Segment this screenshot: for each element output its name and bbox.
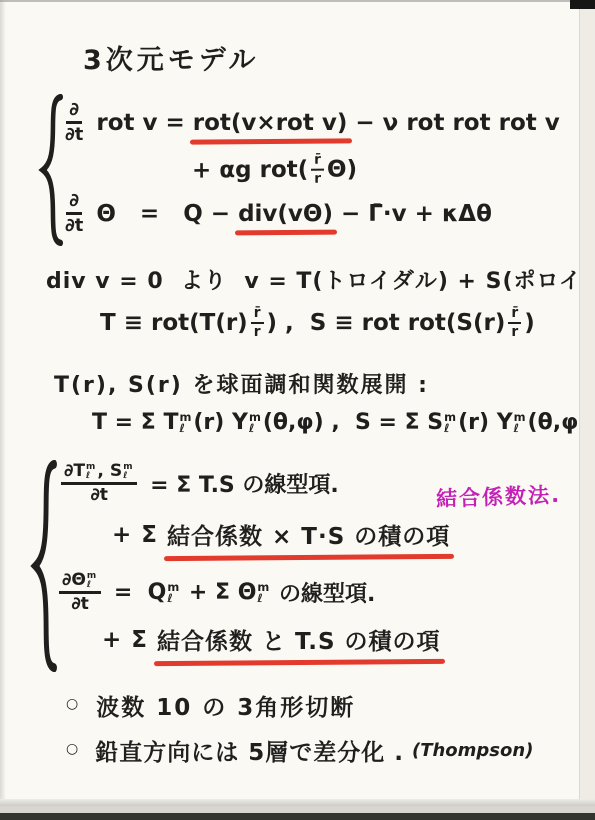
harmonics-intro-text: T(r), S(r) を球面調和関数展開 : bbox=[54, 368, 429, 399]
equation-temperature: ∂ ∂t Θ = Q − div(vΘ) − Γ̄·v + κΔθ bbox=[60, 191, 492, 236]
term-head: + αg rot( bbox=[192, 157, 308, 184]
scan-edge-top bbox=[0, 0, 595, 2]
plus-sigma: + Σ bbox=[112, 522, 167, 548]
frac-denominator: ∂t bbox=[65, 215, 83, 236]
pink-note-text: 結合係数法. bbox=[436, 479, 562, 513]
eq-tail: − ν rot rot rot v bbox=[347, 110, 559, 136]
frac-numerator: ∂T m ℓ , S m ℓ bbox=[61, 462, 137, 485]
eq-lhs: Θ = Q − bbox=[88, 201, 238, 227]
frac-numerator: r̄ bbox=[508, 306, 521, 324]
equation-momentum: ∂ ∂t rot v = rot(v×rot v) − ν rot rot ro… bbox=[60, 100, 560, 145]
sup-sub-lm: m ℓ bbox=[167, 582, 179, 604]
sup-sub-lm: m ℓ bbox=[179, 412, 191, 434]
of-r: (r) bbox=[458, 410, 497, 435]
toroidal-def-close: ) , bbox=[267, 310, 310, 336]
reference-thompson: (Thompson) bbox=[412, 740, 533, 761]
eq-mid: + Σ Θ bbox=[181, 580, 256, 605]
bullet-text: 鉛直方向には 5層で差分化 . bbox=[95, 734, 404, 767]
brace-left-system2 bbox=[30, 460, 58, 672]
equals-sign: = bbox=[106, 580, 147, 605]
ddt-fraction: ∂ ∂t bbox=[65, 191, 83, 236]
of-r: (r) bbox=[193, 410, 232, 435]
frac-numerator: ∂ bbox=[66, 191, 82, 215]
bullet-truncation: ○ 波数 10 の 3角形切断 bbox=[66, 689, 355, 722]
bullet-vertical-layers: ○ 鉛直方向には 5層で差分化 . (Thompson) bbox=[66, 734, 533, 767]
scan-corner-top-right bbox=[570, 0, 595, 9]
subscript-l: ℓ bbox=[257, 593, 262, 604]
spectral-equation-ts-coupling: + Σ 結合係数 × T·S の積の項 bbox=[112, 518, 450, 551]
num-T: ∂T bbox=[64, 462, 85, 481]
sup-sub-lm: m ℓ bbox=[257, 582, 269, 604]
frac-numerator: ∂Θ m ℓ bbox=[59, 571, 101, 594]
sup-sub-lm: m ℓ bbox=[249, 412, 261, 434]
num-theta: ∂Θ bbox=[62, 571, 86, 590]
scanned-note-page: 3次元モデル ∂ ∂t rot v = rot(v×rot v) − ν rot… bbox=[0, 0, 595, 820]
scan-edge-left bbox=[0, 0, 6, 820]
s-expansion-head: S = Σ S bbox=[355, 410, 443, 435]
poloidal-def: S ≡ rot rot(S(r) bbox=[310, 310, 506, 336]
term-tail: Θ) bbox=[327, 157, 357, 183]
r-over-r-fraction: r̄ r bbox=[251, 306, 264, 341]
frac-numerator: r̄ bbox=[311, 153, 324, 172]
subscript-l: ℓ bbox=[87, 581, 91, 589]
y-symbol: Y bbox=[497, 410, 513, 435]
poloidal-def-close: ) bbox=[524, 310, 535, 336]
ddt-fraction: ∂ ∂t bbox=[65, 100, 83, 145]
page-bottom-shadow bbox=[0, 799, 595, 806]
sup-sub-lm: m ℓ bbox=[123, 463, 132, 480]
frac-denominator: ∂t bbox=[71, 594, 89, 614]
bullet-circle-icon: ○ bbox=[66, 696, 80, 712]
bullet-text: 波数 10 の 3角形切断 bbox=[96, 689, 355, 722]
eq-tail: − Γ̄·v + κΔθ bbox=[333, 201, 492, 227]
y-arguments: (θ,φ) bbox=[263, 410, 324, 435]
frac-numerator: r̄ bbox=[251, 306, 264, 324]
page-title: 3次元モデル bbox=[83, 38, 259, 77]
frac-denominator: r bbox=[511, 324, 518, 340]
subscript-l: ℓ bbox=[123, 472, 127, 480]
eq-rhs: = Σ T.S の線型項. bbox=[142, 468, 338, 499]
subscript-l: ℓ bbox=[249, 423, 254, 434]
sup-sub-lm: m ℓ bbox=[87, 572, 96, 589]
separator: , bbox=[324, 410, 355, 435]
coupling-coefficient-note: 結合係数法. bbox=[436, 479, 562, 513]
sup-sub-lm: m ℓ bbox=[86, 463, 95, 480]
frac-denominator: ∂t bbox=[90, 485, 108, 505]
title-text: 3次元モデル bbox=[83, 38, 259, 77]
underlined-coupling-term: 結合係数 と T.S の積の項 bbox=[157, 623, 441, 656]
plus-sigma: + Σ bbox=[102, 627, 157, 653]
spectral-equation-theta-coupling: + Σ 結合係数 と T.S の積の項 bbox=[102, 623, 441, 656]
eq-tail: の線型項. bbox=[271, 577, 375, 608]
spectral-equation-theta: ∂Θ m ℓ ∂t = Q m ℓ + Σ Θ m ℓ の線型項. bbox=[54, 571, 375, 614]
r-over-r-fraction: r̄ r bbox=[311, 153, 324, 188]
definition-line: T ≡ rot(T(r) r̄ r ) , S ≡ rot rot(S(r) r… bbox=[100, 306, 535, 341]
toroidal-def: T ≡ rot(T(r) bbox=[100, 310, 248, 336]
decomposition-text: div v = 0 より v = T(トロイダル) + S(ポロイダル) bbox=[46, 264, 595, 295]
frac-denominator: r bbox=[314, 171, 321, 187]
eq-lhs: rot v = bbox=[88, 110, 192, 136]
frac-denominator: ∂t bbox=[65, 124, 83, 145]
y-symbol: Y bbox=[232, 410, 248, 435]
sup-sub-lm: m ℓ bbox=[444, 412, 456, 434]
q-source: Q bbox=[148, 580, 167, 605]
r-over-r-fraction: r̄ r bbox=[508, 306, 521, 341]
underlined-advection-term: div(vΘ) bbox=[238, 201, 333, 227]
underlined-coupling-term: 結合係数 × T·S の積の項 bbox=[167, 518, 450, 551]
harmonics-equation: T = Σ T m ℓ (r) Y m ℓ (θ,φ) , S = Σ S m … bbox=[92, 410, 588, 435]
underlined-nonlinear-term: rot(v×rot v) bbox=[193, 110, 348, 136]
equation-buoyancy-term: + αg rot( r̄ r Θ) bbox=[192, 152, 357, 188]
scan-edge-bottom-dark bbox=[0, 813, 595, 820]
decomposition-line: div v = 0 より v = T(トロイダル) + S(ポロイダル) bbox=[46, 264, 595, 295]
dTdt-fraction: ∂T m ℓ , S m ℓ ∂t bbox=[61, 462, 137, 505]
frac-numerator: ∂ bbox=[66, 100, 82, 124]
subscript-l: ℓ bbox=[86, 472, 90, 480]
spectral-equation-ts: ∂T m ℓ , S m ℓ ∂t = Σ T.S の線型項. bbox=[56, 462, 339, 505]
num-S: , S bbox=[97, 462, 122, 481]
subscript-l: ℓ bbox=[167, 593, 172, 604]
scan-edge-right bbox=[579, 2, 595, 804]
subscript-l: ℓ bbox=[444, 423, 449, 434]
frac-denominator: r bbox=[254, 324, 261, 340]
bullet-circle-icon: ○ bbox=[66, 741, 79, 757]
subscript-l: ℓ bbox=[514, 423, 519, 434]
subscript-l: ℓ bbox=[179, 423, 184, 434]
curly-brace-icon bbox=[30, 460, 58, 672]
harmonics-intro: T(r), S(r) を球面調和関数展開 : bbox=[54, 368, 429, 399]
dThetadt-fraction: ∂Θ m ℓ ∂t bbox=[59, 571, 101, 614]
sup-sub-lm: m ℓ bbox=[514, 412, 526, 434]
t-expansion-head: T = Σ T bbox=[92, 410, 178, 435]
